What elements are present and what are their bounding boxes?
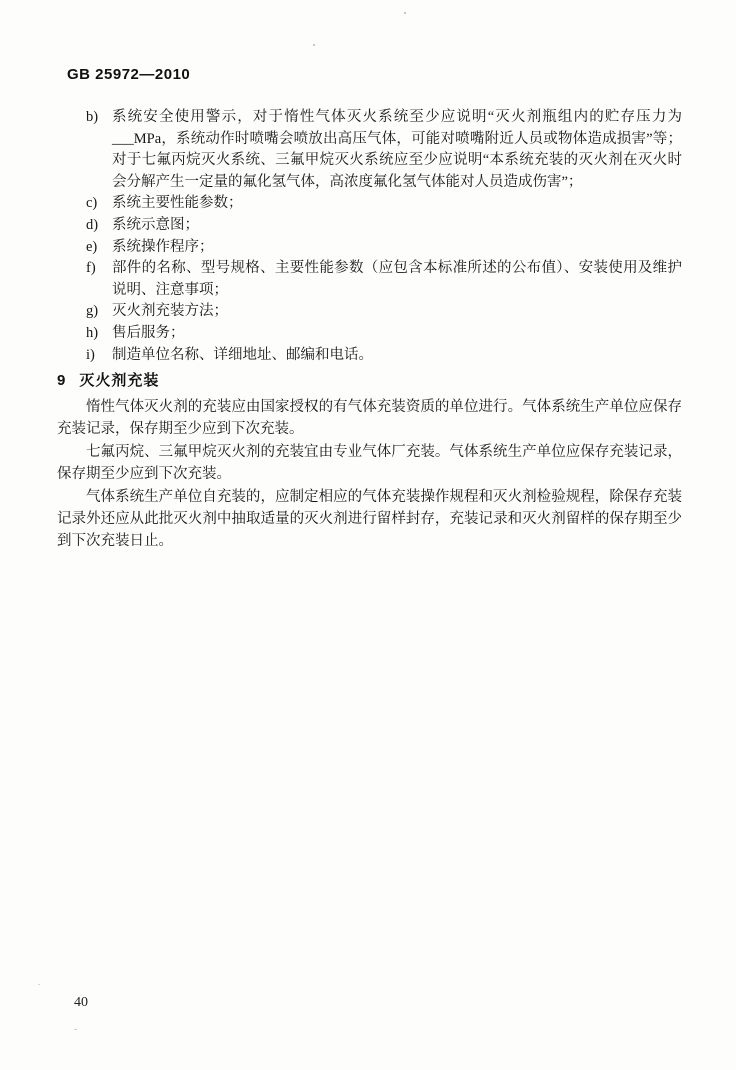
- scan-speck: [74, 1029, 77, 1030]
- list-item-text: 灭火剂充装方法；: [112, 301, 682, 323]
- section-heading: 9灭火剂充装: [57, 369, 159, 390]
- scan-speck: [313, 44, 315, 46]
- page-number: 40: [74, 995, 88, 1011]
- scanned-document-page: GB 25972—2010 b) 系统安全使用警示，对于惰性气体灭火系统至少应说…: [0, 0, 736, 1070]
- list-item-label: i): [86, 345, 112, 367]
- list-item-text: 售后服务；: [112, 323, 682, 345]
- list-item-label: g): [86, 301, 112, 323]
- list-item: d) 系统示意图；: [86, 215, 682, 237]
- list-item: e) 系统操作程序；: [86, 237, 682, 259]
- list-item-text: 系统安全使用警示，对于惰性气体灭火系统至少应说明“灭火剂瓶组内的贮存压力为___…: [112, 107, 682, 193]
- paragraph: 惰性气体灭火剂的充装应由国家授权的有气体充装资质的单位进行。气体系统生产单位应保…: [57, 397, 682, 440]
- list-item-label: b): [86, 107, 112, 129]
- list-item-text: 系统操作程序；: [112, 237, 682, 259]
- requirements-list: b) 系统安全使用警示，对于惰性气体灭火系统至少应说明“灭火剂瓶组内的贮存压力为…: [86, 107, 682, 366]
- scan-speck: [404, 12, 406, 14]
- list-item-text: 系统主要性能参数；: [112, 193, 682, 215]
- section-number: 9: [57, 372, 65, 389]
- section-title: 灭火剂充装: [79, 372, 159, 389]
- section-body: 惰性气体灭火剂的充装应由国家授权的有气体充装资质的单位进行。气体系统生产单位应保…: [57, 397, 682, 554]
- list-item: h) 售后服务；: [86, 323, 682, 345]
- paragraph: 七氟丙烷、三氟甲烷灭火剂的充装宜由专业气体厂充装。气体系统生产单位应保存充装记录…: [57, 442, 682, 485]
- scan-speck: [38, 984, 40, 985]
- list-item-label: h): [86, 323, 112, 345]
- list-item: c) 系统主要性能参数；: [86, 193, 682, 215]
- paragraph: 气体系统生产单位自充装的，应制定相应的气体充装操作规程和灭火剂检验规程，除保存充…: [57, 487, 682, 552]
- list-item: b) 系统安全使用警示，对于惰性气体灭火系统至少应说明“灭火剂瓶组内的贮存压力为…: [86, 107, 682, 193]
- list-item-label: e): [86, 237, 112, 259]
- list-item-label: f): [86, 258, 112, 280]
- list-item-text: 系统示意图；: [112, 215, 682, 237]
- list-item-text: 部件的名称、型号规格、主要性能参数（应包含本标准所述的公布值）、安装使用及维护说…: [112, 258, 682, 301]
- list-item-text: 制造单位名称、详细地址、邮编和电话。: [112, 345, 682, 367]
- list-item: f) 部件的名称、型号规格、主要性能参数（应包含本标准所述的公布值）、安装使用及…: [86, 258, 682, 301]
- list-item: i) 制造单位名称、详细地址、邮编和电话。: [86, 345, 682, 367]
- list-item: g) 灭火剂充装方法；: [86, 301, 682, 323]
- standard-code-header: GB 25972—2010: [67, 66, 190, 83]
- list-item-label: d): [86, 215, 112, 237]
- list-item-label: c): [86, 193, 112, 215]
